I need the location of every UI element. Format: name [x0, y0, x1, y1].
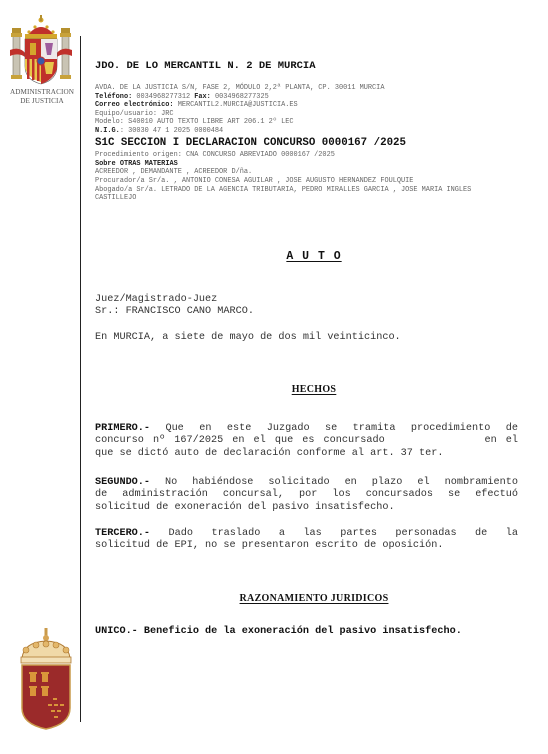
facts-heading: HECHOS [80, 384, 548, 395]
spain-coat-of-arms-logo: ADMINISTRACION DE JUSTICIA [10, 14, 72, 106]
left-margin-rule [80, 36, 81, 722]
court-address: AVDA. DE LA JUSTICIA S/N, FASE 2, MÓDULO… [95, 84, 384, 92]
judge-role: Juez/Magistrado-Juez [95, 294, 518, 306]
fact-tercero: TERCERO.- Dado traslado a las partes per… [95, 528, 518, 553]
legal-unico: UNICO.- Beneficio de la exoneración del … [95, 626, 518, 638]
spain-coat-of-arms-icon [10, 14, 72, 88]
equipo-usuario: Equipo/usuario: JRC [95, 110, 174, 118]
procedure-title: S1C SECCION I DECLARACION CONCURSO 00001… [95, 137, 406, 149]
legal-reasoning-heading: RAZONAMIENTO JURIDICOS [80, 593, 548, 604]
court-phone-fax: Teléfono: 0034968277312 Fax: 00349682773… [95, 93, 269, 101]
place-date: En MURCIA, a siete de mayo de dos mil ve… [95, 332, 518, 344]
procedure-origin: Procedimiento origen: CNA CONCURSO ABREV… [95, 151, 335, 159]
document-title: A U T O [80, 250, 548, 263]
fact-segundo: SEGUNDO.- No habiéndose solicitado en pl… [95, 477, 518, 514]
fact-primero: PRIMERO.- Que en este Juzgado se tramita… [95, 423, 518, 460]
court-email: Correo electrónico: MERCANTIL2.MURCIA@JU… [95, 101, 298, 109]
judge-name: Sr.: FRANCISCO CANO MARCO. [95, 306, 518, 318]
nig: N.I.G.: 30030 47 1 2025 0000484 [95, 127, 223, 135]
murcia-coat-of-arms-icon [18, 628, 74, 730]
procurador: Procurador/a Sr/a. , ANTONIO CONESA AGUI… [95, 177, 413, 185]
murcia-coat-of-arms-logo [18, 628, 74, 730]
abogado-continued: CASTILLEJO [95, 194, 136, 202]
subject-matter: Sobre OTRAS MATERIAS [95, 160, 178, 168]
parties: ACREEDOR , DEMANDANTE , ACREEDOR D/ña. [95, 168, 252, 176]
modelo: Modelo: S40010 AUTO TEXTO LIBRE ART 206.… [95, 118, 293, 126]
court-name: JDO. DE LO MERCANTIL N. 2 DE MURCIA [95, 60, 316, 72]
abogado: Abogado/a Sr/a. LETRADO DE LA AGENCIA TR… [95, 186, 471, 194]
administracion-de-justicia-label: ADMINISTRACION DE JUSTICIA [4, 88, 80, 106]
